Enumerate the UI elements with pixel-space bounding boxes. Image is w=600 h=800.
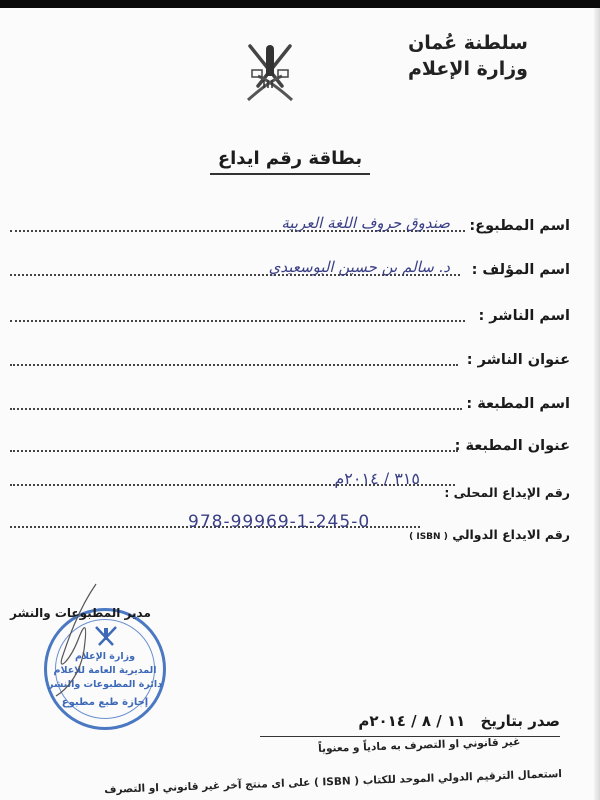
field-publication-name: اسم المطبوع: صندوق حروف اللغة العربية <box>10 208 570 238</box>
field-printer-address: عنوان المطبعة : <box>10 428 570 458</box>
field-label: عنوان المطبعة : <box>455 438 570 454</box>
field-dotted-line <box>10 450 458 452</box>
field-value-handwritten: ٣١٥ / ٢٠١٤م <box>334 469 420 488</box>
field-value-handwritten-isbn: 978-99969-1-245-0 <box>188 512 370 532</box>
handwritten-signature <box>48 580 108 700</box>
field-local-deposit-number: رقم الإيداع المحلى : ٣١٥ / ٢٠١٤م <box>10 470 570 500</box>
director-title: مدير المطبوعات والنشر <box>10 606 160 620</box>
field-label: رقم الايداع الدوالي ( ISBN ) <box>409 527 570 542</box>
issuing-authority: سلطنة عُمان وزارة الإعلام <box>408 30 528 82</box>
field-dotted-line <box>10 408 462 410</box>
org-ministry: وزارة الإعلام <box>408 56 528 82</box>
disclaimer-line-2: استعمال الترقيم الدولي الموحد للكتاب ( I… <box>104 768 562 796</box>
field-label: عنوان الناشر : <box>467 352 570 368</box>
scan-top-edge <box>0 0 600 8</box>
oman-national-emblem-icon <box>242 42 298 108</box>
document-title: بطاقة رقم ايداع <box>210 148 370 175</box>
field-publisher-address: عنوان الناشر : <box>10 342 570 372</box>
field-label: اسم الناشر : <box>478 308 570 324</box>
isbn-tag: ( ISBN ) <box>409 532 448 542</box>
field-author-name: اسم المؤلف : د. سالم بن حسين البوسعيدي <box>10 252 570 282</box>
field-label: اسم المطبوع: <box>469 218 570 234</box>
field-value-handwritten: صندوق حروف اللغة العربية <box>281 214 450 232</box>
isbn-label-text: رقم الايداع الدوالي <box>452 527 570 542</box>
issue-date-label: صدر بتاريخ <box>481 712 560 730</box>
issue-date-value: ١١ / ٨ / ٢٠١٤م <box>358 712 465 730</box>
field-publisher-name: اسم الناشر : <box>10 298 570 328</box>
disclaimer-line-1: غير قانوني او التصرف به مادياً و معنوياً <box>318 736 521 755</box>
field-dotted-line <box>10 320 465 322</box>
field-label: اسم المؤلف : <box>472 262 570 278</box>
field-dotted-line <box>10 364 458 366</box>
field-label: رقم الإيداع المحلى : <box>444 485 570 500</box>
field-label: اسم المطبعة : <box>466 396 570 412</box>
issue-date-line: صدر بتاريخ ١١ / ٨ / ٢٠١٤م <box>260 712 560 737</box>
field-printer-name: اسم المطبعة : <box>10 386 570 416</box>
field-value-handwritten: د. سالم بن حسين البوسعيدي <box>269 258 450 276</box>
field-isbn: رقم الايداع الدوالي ( ISBN ) 978-99969-1… <box>10 512 570 542</box>
scan-right-edge <box>594 8 600 800</box>
org-sultanate: سلطنة عُمان <box>408 30 528 56</box>
